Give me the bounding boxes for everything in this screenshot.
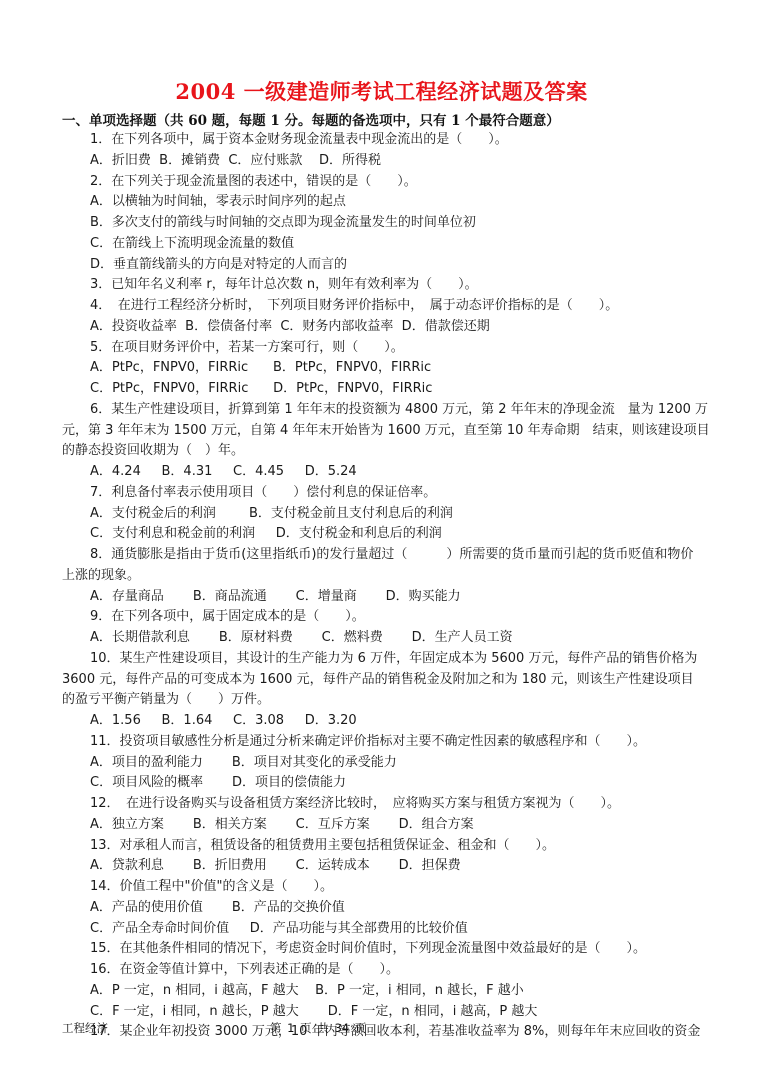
text-line: 13．对承租人而言，租赁设备的租赁费用主要包括租赁保证金、租金和（ ）。 <box>90 836 555 856</box>
text-line: 6．某生产性建设项目，折算到第 1 年年末的投资额为 4800 万元，第 2 年… <box>90 400 708 420</box>
text-line: C．支付利息和税金前的利润 D．支付税金和利息后的利润 <box>90 524 442 544</box>
text-line: C．PtPc，FNPV0，FIRRic D．PtPc，FNPV0，FIRRic <box>90 379 432 399</box>
footer-subject: 工程经济 <box>62 1020 108 1036</box>
text-line: C．产品全寿命时间价值 D．产品功能与其全部费用的比较价值 <box>90 919 468 939</box>
text-line: 元，第 3 年年末为 1500 万元，自第 4 年年末开始皆为 1600 万元，… <box>62 421 710 441</box>
text-line: 1．在下列各项中，属于资本金财务现金流量表中现金流出的是（ ）。 <box>90 130 508 150</box>
text-line: B．多次支付的箭线与时间轴的交点即为现金流量发生的时间单位初 <box>90 213 476 233</box>
text-line: 17．某企业年初投资 3000 万元，10 年内等额回收本利，若基准收益率为 8… <box>90 1022 700 1042</box>
text-line: A．支付税金后的利润 B．支付税金前且支付利息后的利润 <box>90 504 453 524</box>
text-line: 的静态投资回收期为（ ）年。 <box>62 441 244 461</box>
text-line: A．投资收益率 B．偿债备付率 C．财务内部收益率 D．借款偿还期 <box>90 317 490 337</box>
text-line: 9．在下列各项中，属于固定成本的是（ ）。 <box>90 607 365 627</box>
section-heading: 一、单项选择题（共 60 题，每题 1 分。每题的备选项中，只有 1 个最符合题… <box>62 109 560 129</box>
text-line: C．在箭线上下流明现金流量的数值 <box>90 234 294 254</box>
text-line: C．项目风险的概率 D．项目的偿债能力 <box>90 773 346 793</box>
footer-page-number: 第 1 页 共 34 页 <box>270 1020 366 1036</box>
text-line: A．1.56 B．1.64 C．3.08 D．3.20 <box>90 711 357 731</box>
text-line: 10．某生产性建设项目，其设计的生产能力为 6 万件，年固定成本为 5600 万… <box>90 649 697 669</box>
text-line: 4． 在进行工程经济分析时， 下列项目财务评价指标中， 属于动态评价指标的是（ … <box>90 296 618 316</box>
text-line: 11．投资项目敏感性分析是通过分析来确定评价指标对主要不确定性因素的敏感程序和（… <box>90 732 646 752</box>
document-page: 2004 一级建造师考试工程经济试题及答案 一、单项选择题（共 60 题，每题 … <box>0 0 763 1080</box>
text-line: 15．在其他条件相同的情况下，考虑资金时间价值时，下列现金流量图中效益最好的是（… <box>90 939 646 959</box>
text-line: A．以横轴为时间轴，零表示时间序列的起点 <box>90 192 346 212</box>
text-line: A．折旧费 B．摊销费 C．应付账款 D．所得税 <box>90 151 381 171</box>
text-line: 8．通货膨胀是指由于货币(这里指纸币)的发行量超过（ ）所需要的货币量而引起的货… <box>90 545 693 565</box>
text-line: A．贷款利息 B．折旧费用 C．运转成本 D．担保费 <box>90 856 461 876</box>
text-line: A．长期借款利息 B．原材料费 C．燃料费 D．生产人员工资 <box>90 628 513 648</box>
text-line: 5．在项目财务评价中，若某一方案可行，则（ ）。 <box>90 338 404 358</box>
text-line: A．PtPc，FNPV0，FIRRic B．PtPc，FNPV0，FIRRic <box>90 358 431 378</box>
text-line: 14．价值工程中"价值"的含义是（ ）。 <box>90 877 333 897</box>
text-line: A．产品的使用价值 B．产品的交换价值 <box>90 898 345 918</box>
text-line: 3600 元，每件产品的可变成本为 1600 元，每件产品的销售税金及附加之和为… <box>62 670 694 690</box>
text-line: A．P 一定，n 相同，i 越高，F 越大 B．P 一定，i 相同，n 越长，F… <box>90 981 524 1001</box>
text-line: 12． 在进行设备购买与设备租赁方案经济比较时， 应将购买方案与租赁方案视为（ … <box>90 794 620 814</box>
text-line: A．独立方案 B．相关方案 C．互斥方案 D．组合方案 <box>90 815 474 835</box>
text-line: C．F 一定，i 相同，n 越长，P 越大 D．F 一定，n 相同，i 越高，P… <box>90 1002 537 1022</box>
text-line: 的盈亏平衡产销量为（ ）万件。 <box>62 690 270 710</box>
text-line: A．项目的盈利能力 B．项目对其变化的承受能力 <box>90 753 397 773</box>
text-line: 2．在下列关于现金流量图的表述中，错误的是（ ）。 <box>90 172 417 192</box>
text-line: 上涨的现象。 <box>62 566 140 586</box>
text-line: A．4.24 B．4.31 C．4.45 D．5.24 <box>90 462 357 482</box>
text-line: 16．在资金等值计算中，下列表述正确的是（ ）。 <box>90 960 399 980</box>
text-line: D．垂直箭线箭头的方向是对特定的人而言的 <box>90 255 347 275</box>
text-line: 7．利息备付率表示使用项目（ ）偿付利息的保证倍率。 <box>90 483 436 503</box>
text-line: 3．已知年名义利率 r，每年计总次数 n，则年有效利率为（ ）。 <box>90 275 478 295</box>
document-title: 2004 一级建造师考试工程经济试题及答案 <box>0 76 763 106</box>
text-line: A．存量商品 B．商品流通 C．增量商 D．购买能力 <box>90 587 461 607</box>
